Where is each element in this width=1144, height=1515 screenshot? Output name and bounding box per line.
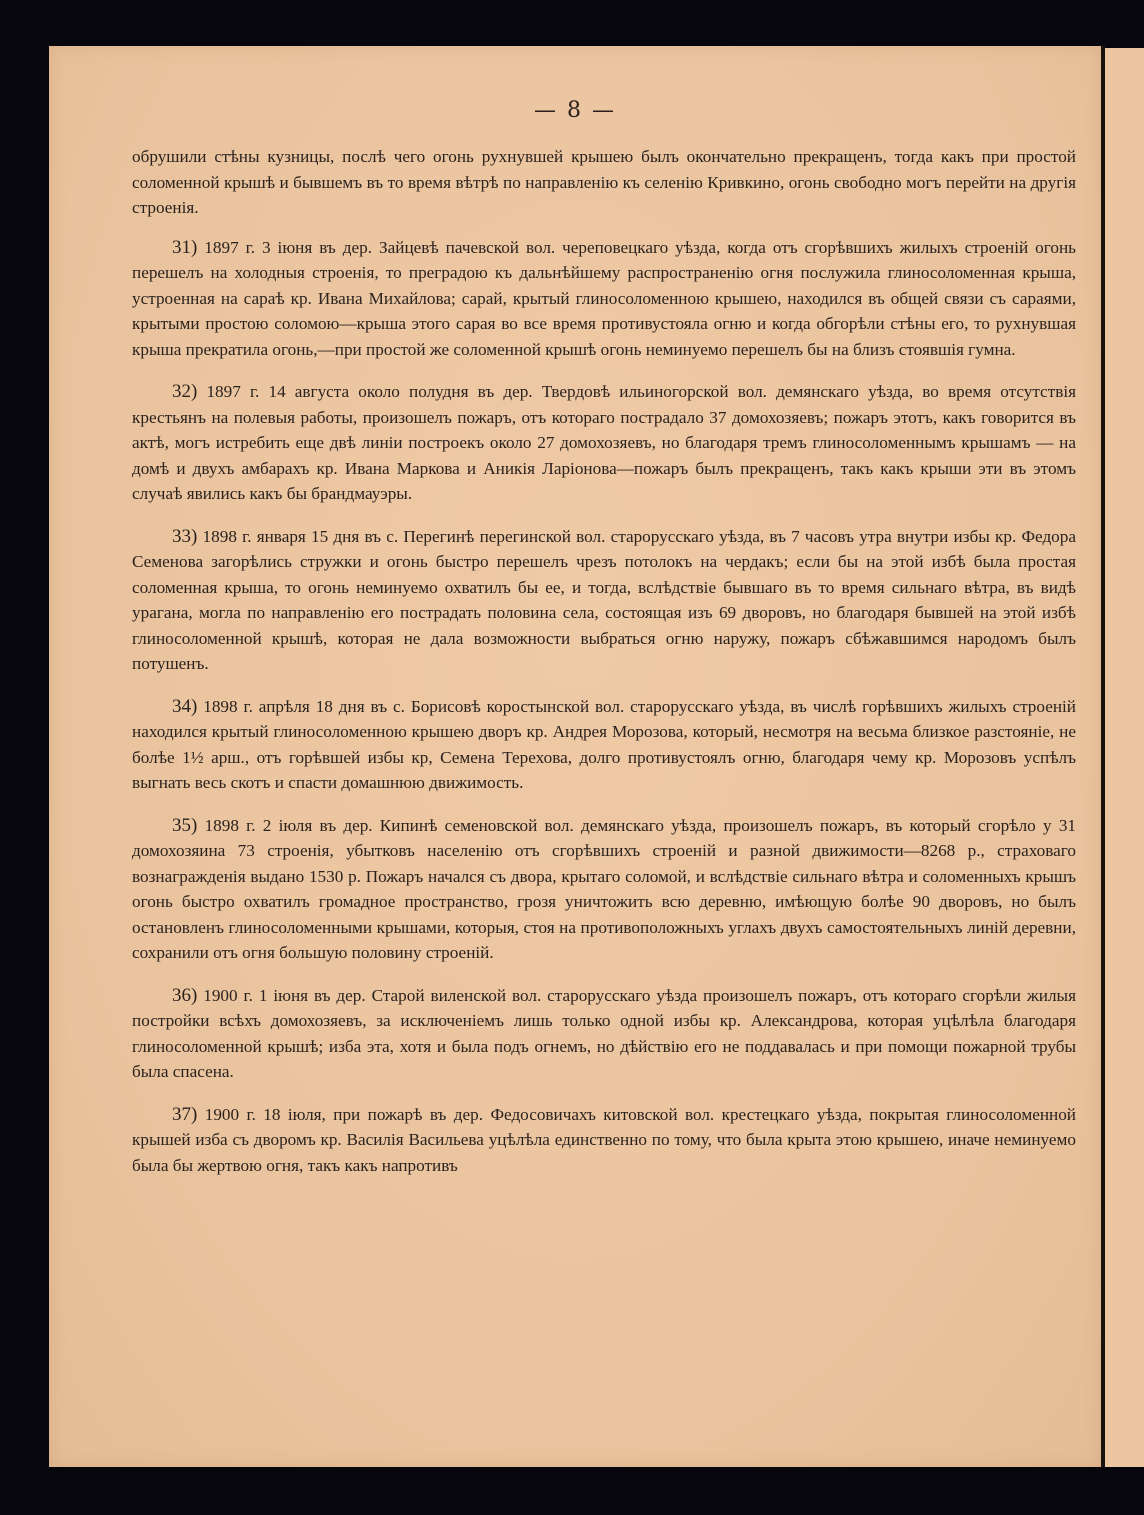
paragraph-text: 1897 г. 3 іюня въ дер. Зайцевѣ пачевской… <box>132 238 1076 359</box>
paragraph-text: 1898 г. января 15 дня въ с. Перегинѣ пер… <box>132 527 1076 674</box>
adjacent-page-edge <box>1105 48 1144 1467</box>
paragraph-text: 1900 г. 18 іюля, при пожарѣ въ дер. Федо… <box>132 1105 1076 1175</box>
item-number: 31) <box>172 237 197 258</box>
item-number: 35) <box>172 815 197 836</box>
paragraph-item-34: 34) 1898 г. апрѣля 18 дня въ с. Борисовѣ… <box>132 694 1076 796</box>
item-number: 37) <box>172 1104 197 1125</box>
paragraph-text: 1900 г. 1 іюня въ дер. Старой виленской … <box>132 986 1076 1082</box>
item-number: 33) <box>172 526 197 547</box>
item-number: 36) <box>172 985 197 1006</box>
paragraph-item-36: 36) 1900 г. 1 іюня въ дер. Старой виленс… <box>132 983 1076 1085</box>
paragraph-item-33: 33) 1898 г. января 15 дня въ с. Перегинѣ… <box>132 524 1076 677</box>
page-number: — 8 — <box>49 98 1101 123</box>
paragraph-text: обрушили стѣны кузницы, послѣ чего огонь… <box>132 147 1076 217</box>
paragraph-item-31: 31) 1897 г. 3 іюня въ дер. Зайцевѣ пачев… <box>132 235 1076 363</box>
paragraph-text: 1897 г. 14 августа около полудня въ дер.… <box>132 382 1076 503</box>
paragraph-item-37: 37) 1900 г. 18 іюля, при пожарѣ въ дер. … <box>132 1102 1076 1179</box>
paragraph-item-32: 32) 1897 г. 14 августа около полудня въ … <box>132 379 1076 507</box>
paragraph-item-35: 35) 1898 г. 2 іюля въ дер. Кипинѣ семено… <box>132 813 1076 966</box>
page-body: обрушили стѣны кузницы, послѣ чего огонь… <box>132 144 1076 1195</box>
item-number: 32) <box>172 381 197 402</box>
item-number: 34) <box>172 696 197 717</box>
book-page: — 8 — обрушили стѣны кузницы, послѣ чего… <box>49 46 1101 1467</box>
paragraph-text: 1898 г. 2 іюля въ дер. Кипинѣ семеновско… <box>132 816 1076 963</box>
paragraph-text: 1898 г. апрѣля 18 дня въ с. Борисовѣ кор… <box>132 697 1076 793</box>
paragraph-continuation: обрушили стѣны кузницы, послѣ чего огонь… <box>132 144 1076 221</box>
